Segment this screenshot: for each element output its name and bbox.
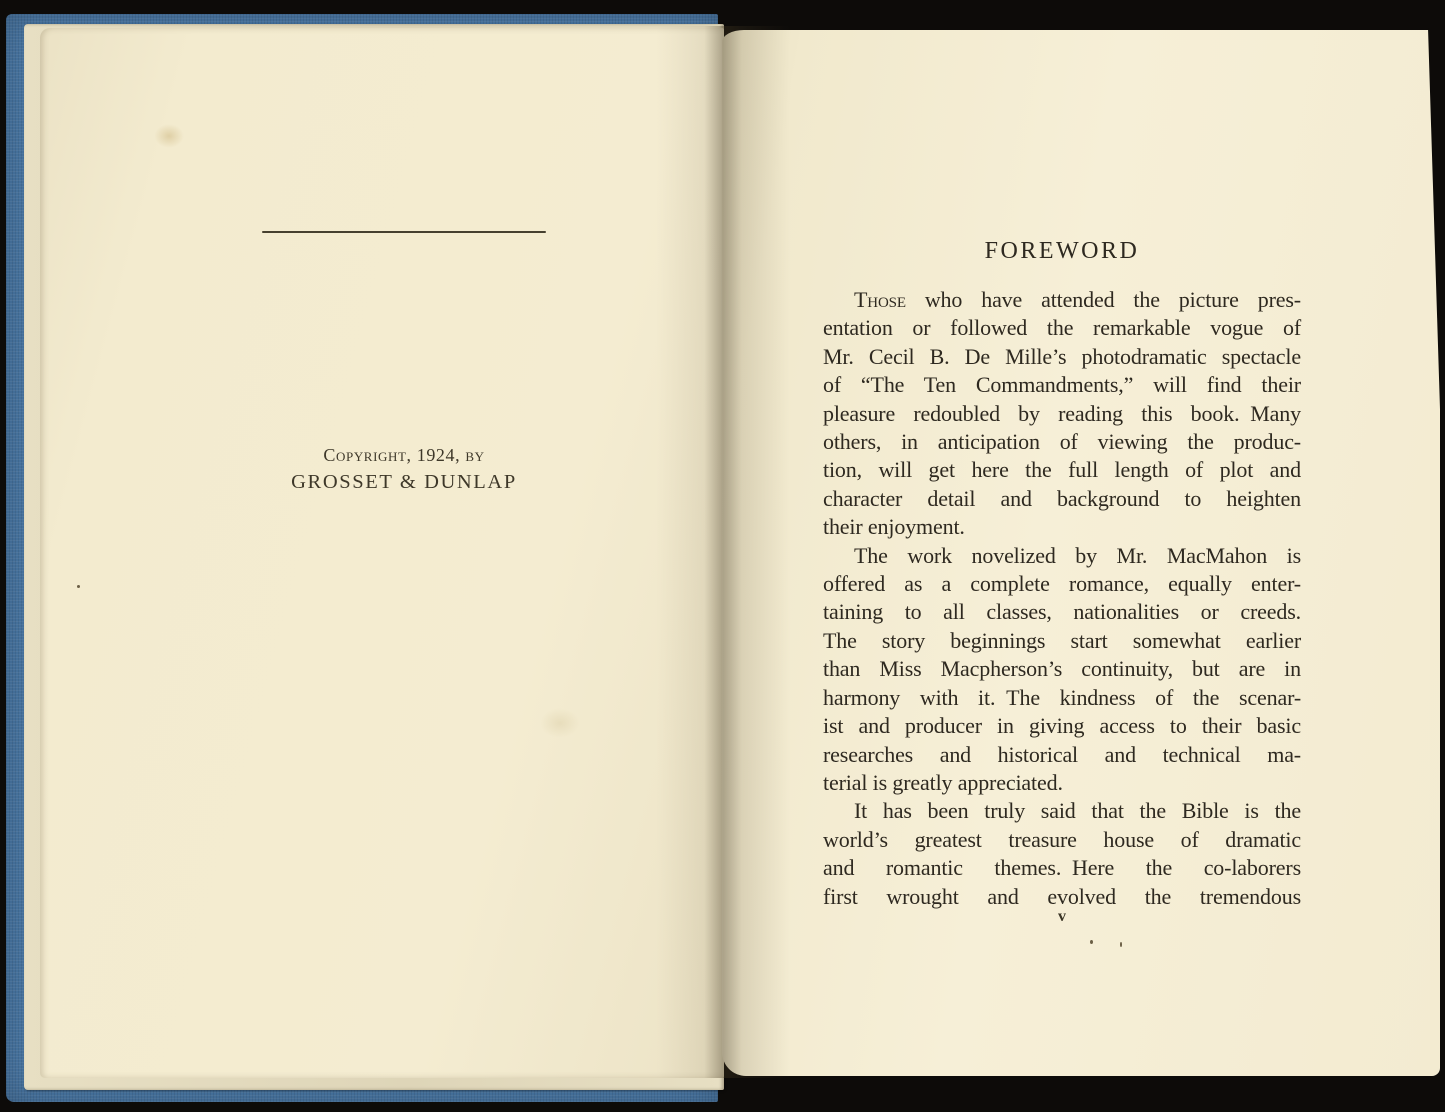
body-line: world’s greatest treasure house of drama…	[823, 826, 1301, 854]
page-number: v	[823, 908, 1301, 926]
body-line: The work novelized by Mr. MacMahon is	[823, 542, 1301, 570]
paper-speck	[77, 585, 80, 588]
body-line: ist and producer in giving access to the…	[823, 712, 1301, 740]
paper-stain	[540, 708, 580, 738]
left-page: Copyright, 1924, by GROSSET & DUNLAP	[40, 28, 724, 1078]
body-line: their enjoyment.	[823, 513, 1301, 541]
smallcaps-lead: Those	[854, 287, 906, 312]
open-book-photo: Copyright, 1924, by GROSSET & DUNLAP FOR…	[0, 0, 1445, 1112]
body-line: harmony with it. The kindness of the sce…	[823, 684, 1301, 712]
copyright-block: Copyright, 1924, by GROSSET & DUNLAP	[244, 445, 564, 494]
publisher-name: GROSSET & DUNLAP	[244, 471, 564, 494]
body-line: first wrought and evolved the tremendous	[823, 883, 1301, 911]
body-line: offered as a complete romance, equally e…	[823, 570, 1301, 598]
body-line: The story beginnings start somewhat earl…	[823, 627, 1301, 655]
body-line: Mr. Cecil B. De Mille’s photodramatic sp…	[823, 343, 1301, 371]
paper-speck	[1090, 940, 1093, 944]
body-line: Those who have attended the picture pres…	[823, 286, 1301, 314]
body-line: terial is greatly appreciated.	[823, 769, 1301, 797]
foreword-body: Those who have attended the picture pres…	[823, 286, 1301, 911]
paragraph: Those who have attended the picture pres…	[823, 286, 1301, 542]
body-line: of “The Ten Commandments,” will find the…	[823, 371, 1301, 399]
body-line: It has been truly said that the Bible is…	[823, 797, 1301, 825]
chapter-heading: FOREWORD	[823, 238, 1301, 265]
body-line: researches and historical and technical …	[823, 741, 1301, 769]
body-line: tion, will get here the full length of p…	[823, 456, 1301, 484]
right-page: FOREWORD Those who have attended the pic…	[722, 30, 1440, 1076]
body-line: character detail and background to heigh…	[823, 485, 1301, 513]
body-line: and romantic themes. Here the co-laborer…	[823, 854, 1301, 882]
body-line: others, in anticipation of viewing the p…	[823, 428, 1301, 456]
body-line: entation or followed the remarkable vogu…	[823, 314, 1301, 342]
paper-stain	[154, 124, 184, 148]
paragraph: It has been truly said that the Bible is…	[823, 797, 1301, 911]
copyright-line: Copyright, 1924, by	[244, 445, 564, 466]
body-line: than Miss Macpherson’s continuity, but a…	[823, 655, 1301, 683]
paragraph: The work novelized by Mr. MacMahon isoff…	[823, 542, 1301, 798]
body-line: pleasure redoubled by reading this book.…	[823, 400, 1301, 428]
separator-rule	[262, 231, 546, 233]
body-line: taining to all classes, nationalities or…	[823, 598, 1301, 626]
paper-speck	[1120, 942, 1122, 947]
